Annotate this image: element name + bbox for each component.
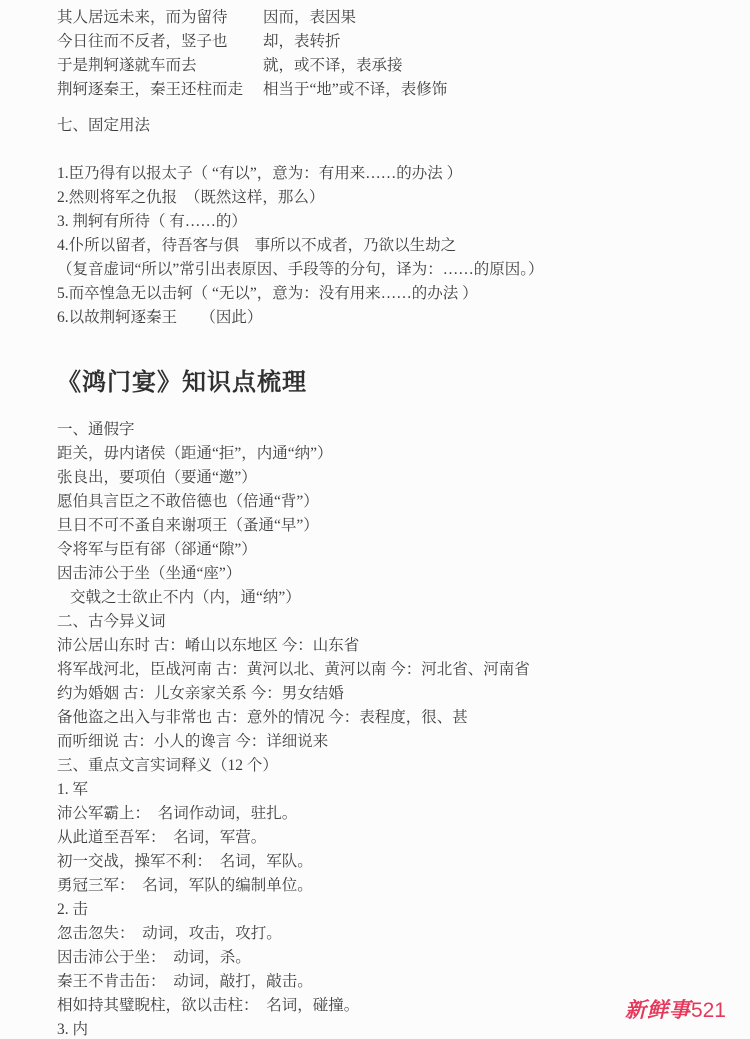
section-heading-gujin: 二、古今异义词 <box>57 610 727 634</box>
list-item: 初一交战，操军不利： 名词，军队。 <box>57 850 727 874</box>
list-item: 秦王不肯击缶： 动词，敲打，敲击。 <box>57 970 727 994</box>
list-item: 勇冠三军： 名词，军队的编制单位。 <box>57 874 727 898</box>
sub-heading: 1. 军 <box>57 778 727 802</box>
grammar-note: 因而，表因果 <box>263 6 727 30</box>
table-row: 其人居远未来，而为留待 因而，表因果 <box>57 6 727 30</box>
list-item: 2.然则将军之仇报 （既然这样，那么） <box>57 186 727 210</box>
list-item: 5.而卒惶急无以击轲（ “无以”，意为：没有用来……的办法 ） <box>57 282 727 306</box>
page-title: 《鸿门宴》知识点梳理 <box>57 366 727 400</box>
table-row: 今日往而不反者，竖子也 却，表转折 <box>57 30 727 54</box>
list-item: 沛公居山东时 古：崤山以东地区 今：山东省 <box>57 634 727 658</box>
sub-heading: 2. 击 <box>57 898 727 922</box>
list-item: 沛公军霸上： 名词作动词，驻扎。 <box>57 802 727 826</box>
example-phrase: 今日往而不反者，竖子也 <box>57 30 263 54</box>
example-phrase: 其人居远未来，而为留待 <box>57 6 263 30</box>
list-item: 6.以故荆轲逐秦王 （因此） <box>57 306 727 330</box>
gujin-list: 沛公居山东时 古：崤山以东地区 今：山东省 将军战河北，臣战河南 古：黄河以北、… <box>57 634 727 754</box>
list-item: 1.臣乃得有以报太子（ “有以”，意为：有用来……的办法 ） <box>57 162 727 186</box>
list-item: 交戟之士欲止不内（内，通“纳”） <box>57 586 727 610</box>
document-page: 其人居远未来，而为留待 因而，表因果 今日往而不反者，竖子也 却，表转折 于是荆… <box>0 0 750 1039</box>
list-item-note: （复音虚词“所以”常引出表原因、手段等的分句，译为：……的原因。） <box>57 258 727 282</box>
list-item: 4.仆所以留者，待吾客与俱 事所以不成者，乃欲以生劫之 <box>57 234 727 258</box>
fixed-usage-list: 1.臣乃得有以报太子（ “有以”，意为：有用来……的办法 ） 2.然则将军之仇报… <box>57 162 727 330</box>
list-item: 旦日不可不蚤自来谢项王（蚤通“早”） <box>57 514 727 538</box>
list-item: 将军战河北，臣战河南 古：黄河以北、黄河以南 今：河北省、河南省 <box>57 658 727 682</box>
list-item: 张良出，要项伯（要通“邀”） <box>57 466 727 490</box>
list-item: 备他盗之出入与非常也 古：意外的情况 今：表程度，很、甚 <box>57 706 727 730</box>
example-phrase: 于是荆轲遂就车而去 <box>57 54 263 78</box>
list-item: 因击沛公于坐（坐通“座”） <box>57 562 727 586</box>
section-heading-shici: 三、重点文言实词释义（12 个） <box>57 754 727 778</box>
list-item: 距关，毋内诸侯（距通“拒”，内通“纳”） <box>57 442 727 466</box>
grammar-note: 相当于“地”或不译，表修饰 <box>263 78 727 102</box>
list-item: 而听细说 古：小人的谗言 今：详细说来 <box>57 730 727 754</box>
table-row: 荆轲逐秦王，秦王还柱而走 相当于“地”或不译，表修饰 <box>57 78 727 102</box>
tongjiazi-list: 距关，毋内诸侯（距通“拒”，内通“纳”） 张良出，要项伯（要通“邀”） 愿伯具言… <box>57 442 727 610</box>
list-item: 因击沛公于坐： 动词，杀。 <box>57 946 727 970</box>
list-item: 愿伯具言臣之不敢倍德也（倍通“背”） <box>57 490 727 514</box>
section-heading-fixed-usage: 七、固定用法 <box>57 114 727 138</box>
grammar-note: 就，或不译，表承接 <box>263 54 727 78</box>
grammar-table: 其人居远未来，而为留待 因而，表因果 今日往而不反者，竖子也 却，表转折 于是荆… <box>57 6 727 102</box>
example-phrase: 荆轲逐秦王，秦王还柱而走 <box>57 78 263 102</box>
list-item: 约为婚姻 古：儿女亲家关系 今：男女结婚 <box>57 682 727 706</box>
section-heading-tongjiazi: 一、通假字 <box>57 418 727 442</box>
watermark-text: 新鲜事 <box>625 998 691 1022</box>
list-item: 3. 荆轲有所待（ 有……的） <box>57 210 727 234</box>
watermark-number: 521 <box>691 999 726 1022</box>
list-item: 从此道至吾军： 名词，军营。 <box>57 826 727 850</box>
list-item: 忽击忽失： 动词，攻击，攻打。 <box>57 922 727 946</box>
document-content: 其人居远未来，而为留待 因而，表因果 今日往而不反者，竖子也 却，表转折 于是荆… <box>57 6 727 1039</box>
grammar-note: 却，表转折 <box>263 30 727 54</box>
table-row: 于是荆轲遂就车而去 就，或不译，表承接 <box>57 54 727 78</box>
watermark: 新鲜事521 <box>625 998 726 1023</box>
list-item: 令将军与臣有郤（郤通“隙”） <box>57 538 727 562</box>
